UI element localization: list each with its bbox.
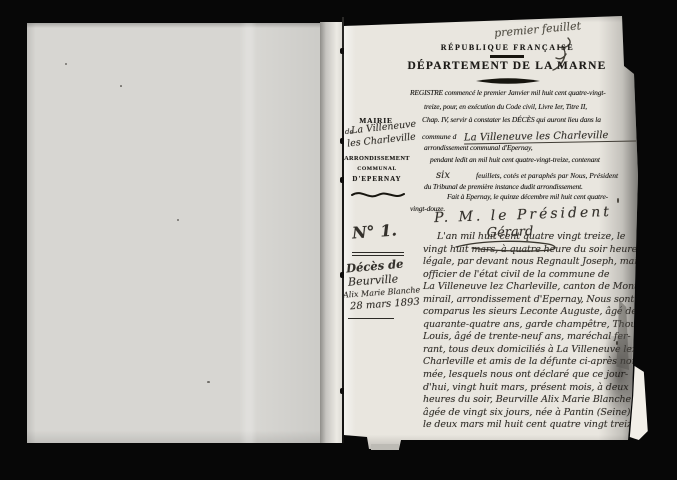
preamble-line: treize, pour, en exécution du Code civil… [424, 102, 587, 111]
binding-edge [342, 17, 344, 443]
act-line: le deux mars mil huit cent quatre vingt … [423, 419, 631, 432]
commune-label: commune d [422, 132, 456, 141]
act-margin-name: Beurville [348, 272, 399, 288]
act-line: heures du soir, Beurville Alix Marie Bla… [423, 394, 631, 407]
preamble-line-feuillets: six feuillets, cotés et paraphés par Nou… [436, 165, 618, 183]
act-line: mirail, arrondissement d'Epernay, Nous s… [423, 294, 631, 307]
ink-speck [617, 198, 619, 203]
departement-heading: DÉPARTEMENT DE LA MARNE [398, 60, 616, 72]
preamble-line: REGISTRE commencé le premier Janvier mil… [410, 88, 606, 97]
feuillets-label: feuillets, cotés et paraphés par Nous, P… [476, 171, 618, 180]
paper-speck [207, 381, 210, 383]
register-page: premier feuillet RÉPUBLIQUE FRANÇAISE DÉ… [344, 16, 640, 452]
act-line: Louis, âgé de trente-neuf ans, maréchal … [423, 331, 631, 344]
republique-heading: RÉPUBLIQUE FRANÇAISE [420, 43, 595, 52]
act-line: mée, lesquels nous ont déclaré que ce jo… [423, 369, 631, 382]
mairie-flourish [350, 188, 406, 202]
act-margin-date: 28 mars 1893 [350, 297, 420, 313]
act-line: officier de l'état civil de la commune d… [423, 269, 631, 282]
preamble-line: pendant ledit an mil huit cent quatre-vi… [430, 155, 600, 164]
arrondissement-label: ARRONDISSEMENT [344, 155, 410, 162]
president-handwritten: P. M. le Président [428, 204, 618, 227]
paper-speck [177, 219, 179, 221]
communal-label: COMMUNAL [344, 166, 410, 172]
act-line: d'hui, vingt huit mars, présent mois, à … [423, 382, 631, 395]
paper-speck [65, 63, 67, 65]
fait-line: Fait à Epernay, le quinze décembre mil h… [447, 192, 608, 201]
feuillets-count-handwritten: six [436, 170, 450, 181]
register-scan: premier feuillet RÉPUBLIQUE FRANÇAISE DÉ… [0, 0, 677, 480]
act-line: L'an mil huit cent quatre vingt treize, … [423, 231, 631, 244]
act-body-text: L'an mil huit cent quatre vingt treize, … [423, 231, 631, 432]
underlying-page-sliver [371, 444, 399, 450]
book-gutter [320, 22, 344, 443]
act-line: comparus les sieurs Leconte Auguste, âgé… [423, 306, 631, 319]
act-line: La Villeneuve lez Charleville, canton de… [423, 281, 631, 294]
act-line: légale, par devant nous Regnault Joseph,… [423, 256, 631, 269]
act-line: vingt huit mars, à quatre heure du soir … [423, 244, 631, 257]
preamble-line: arrondissement communal d'Epernay, [424, 143, 533, 152]
act-line: Charleville et amis de la défunte ci-apr… [423, 356, 631, 369]
act-line: âgée de vingt six jours, née à Pantin (S… [423, 407, 631, 420]
act-line: rant, tous deux domiciliés à La Villeneu… [423, 344, 631, 357]
preamble-line: Chap. IV, servir à constater les DÉCÈS q… [422, 115, 601, 124]
ink-speck [614, 468, 616, 471]
margin-rule [348, 318, 394, 319]
heading-rule [490, 55, 524, 58]
preamble-line: du Tribunal de première instance dudit a… [424, 182, 583, 191]
act-number: N° 1. [351, 220, 397, 242]
act-line: quarante-quatre ans, garde champêtre, Th… [423, 319, 631, 332]
paper-speck [120, 85, 122, 87]
left-blank-page [27, 23, 322, 443]
margin-rule [352, 252, 404, 253]
epernay-label: D'EPERNAY [344, 175, 410, 183]
preamble-line-commune: commune d La Villeneuve les Charleville [422, 126, 636, 144]
swelled-rule [476, 77, 540, 85]
